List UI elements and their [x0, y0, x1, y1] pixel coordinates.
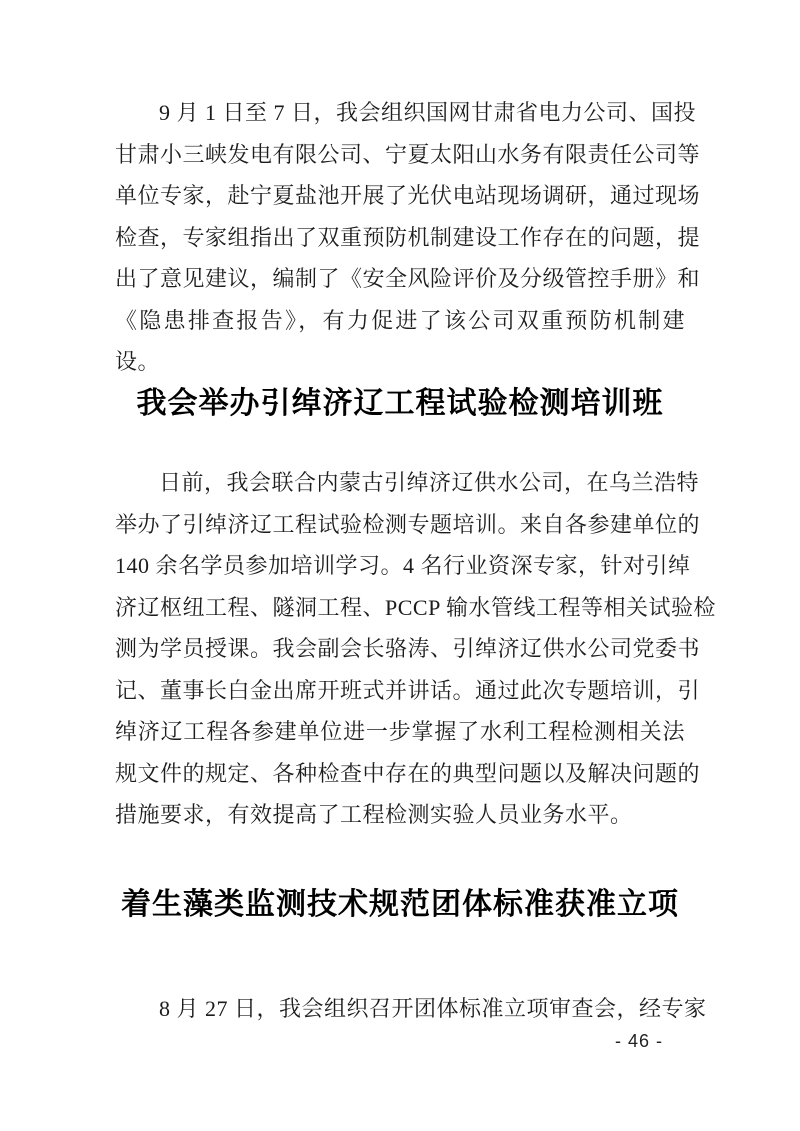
text-line: 举办了引绰济辽工程试验检测专题培训。来自各参建单位的 [115, 504, 685, 546]
section-heading-algae-standard: 着生藻类监测技术规范团体标准获准立项 [115, 882, 685, 928]
paragraph-safety-inspection: 9 月 1 日至 7 日，我会组织国网甘肃省电力公司、国投 甘肃小三峡发电有限公… [115, 0, 685, 341]
text-line: 检查，专家组指出了双重预防机制建设工作存在的问题，提 [115, 217, 685, 259]
text-line: 记、董事长白金出席开班式并讲话。通过此次专题培训，引 [115, 670, 685, 712]
text-line: 绰济辽工程各参建单位进一步掌握了水利工程检测相关法 [115, 711, 685, 753]
text-line: 9 月 1 日至 7 日，我会组织国网甘肃省电力公司、国投 [115, 92, 685, 134]
text-line: 测为学员授课。我会副会长骆涛、引绰济辽供水公司党委书 [115, 628, 685, 670]
text-line: 8 月 27 日，我会组织召开团体标准立项审查会，经专家 [115, 988, 685, 1030]
text-line: 140 余名学员参加培训学习。4 名行业资深专家，针对引绰 [115, 545, 685, 587]
text-line: 单位专家，赴宁夏盐池开展了光伏电站现场调研，通过现场 [115, 175, 685, 217]
document-page: 9 月 1 日至 7 日，我会组织国网甘肃省电力公司、国投 甘肃小三峡发电有限公… [0, 0, 800, 1131]
text-line: 甘肃小三峡发电有限公司、宁夏太阳山水务有限责任公司等 [115, 134, 685, 176]
text-line: 济辽枢纽工程、隧洞工程、PCCP 输水管线工程等相关试验检 [115, 587, 685, 629]
page-content: 9 月 1 日至 7 日，我会组织国网甘肃省电力公司、国投 甘肃小三峡发电有限公… [115, 0, 685, 1052]
text-line: 措施要求，有效提高了工程检测实验人员业务水平。 [115, 794, 685, 836]
paragraph-training-class: 日前，我会联合内蒙古引绰济辽供水公司，在乌兰浩特 举办了引绰济辽工程试验检测专题… [115, 462, 685, 836]
text-line: 日前，我会联合内蒙古引绰济辽供水公司，在乌兰浩特 [115, 462, 685, 504]
text-line: 出了意见建议，编制了《安全风险评价及分级管控手册》和 [115, 258, 685, 300]
page-number: - 46 - [115, 1031, 685, 1052]
text-line: 《隐患排查报告》，有力促进了该公司双重预防机制建设。 [115, 300, 685, 342]
section-heading-training-class: 我会举办引绰济辽工程试验检测培训班 [115, 381, 685, 427]
paragraph-standard-review: 8 月 27 日，我会组织召开团体标准立项审查会，经专家 [115, 988, 685, 1030]
text-line: 规文件的规定、各种检查中存在的典型问题以及解决问题的 [115, 753, 685, 795]
